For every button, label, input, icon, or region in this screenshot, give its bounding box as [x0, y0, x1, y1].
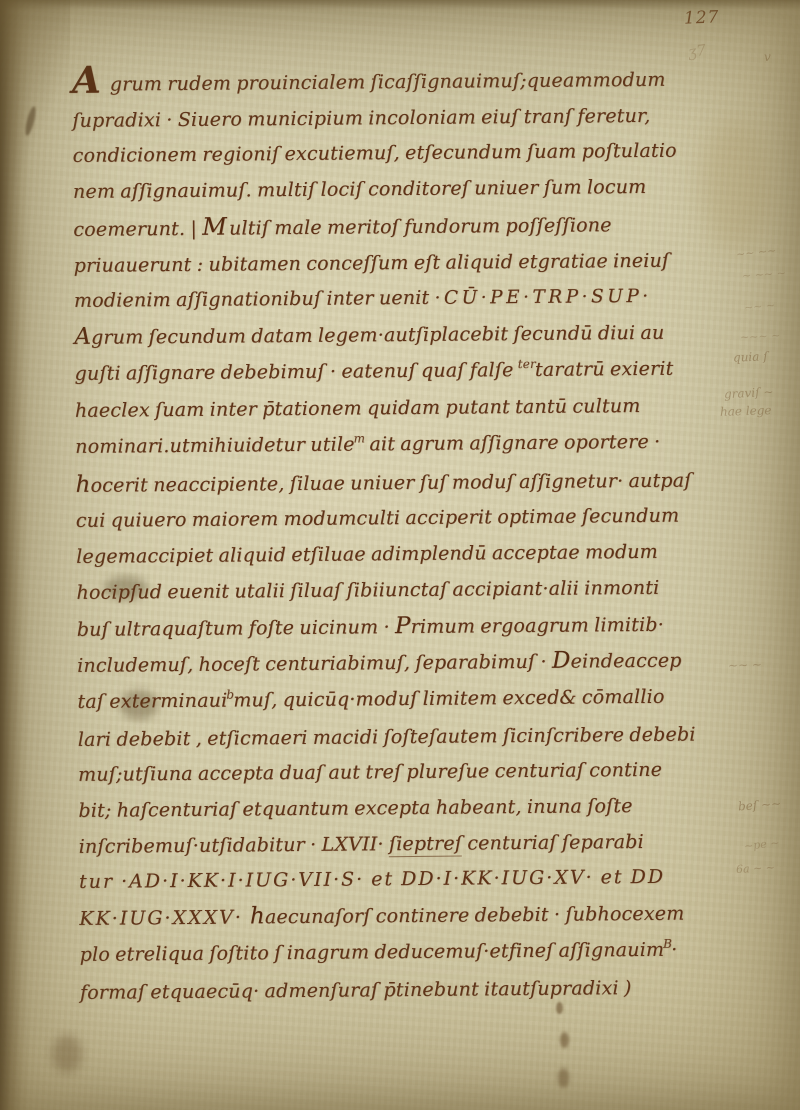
manuscript-line: haeclex ſuam inter p̄tationem quidam put… [75, 388, 743, 430]
text-segment: cui quiuero maiorem modumculti acciperit… [76, 505, 680, 532]
text-segment: nem aſſignauimuſ. multiſ lociſ conditore… [73, 176, 647, 203]
text-segment: legemaccipiet aliquid etſiluae adimplend… [76, 541, 658, 568]
stain [558, 1068, 569, 1088]
text-segment: formaſ etquaecūq· admenſuraſ p̄tinebunt … [80, 977, 632, 1004]
text-segment: h [75, 472, 90, 498]
text-segment: tur ·AD·I·KK·I·IUG·VII·S· et DD·I·KK·IUG… [79, 866, 665, 893]
manuscript-line: guſti aſſignare debebimuſ · eatenuſ quaſ… [74, 351, 742, 395]
manuscript-line: KK·IUG·XXXV· haecunaſorſ continere debeb… [79, 895, 747, 938]
text-segment: muſ, quicūq·moduſ limitem exced& cōmalli… [233, 686, 664, 712]
text-segment: aecunaſorſ continere debebit · ſubhocexe… [265, 903, 685, 929]
text-segment: rimum ergoagrum limitib· [411, 613, 664, 637]
text-segment: M [202, 212, 227, 240]
text-segment: eindeaccep [571, 650, 682, 673]
text-segment: inſcribemuſ·utſidabitur · LXVII· [79, 833, 389, 858]
manuscript-line: nem aſſignauimuſ. multiſ lociſ conditore… [73, 169, 741, 211]
text-segment: nominari.utmihiuidetur utile [75, 434, 355, 458]
text-segment: grum ſecundum datam legem·autſiplacebit … [91, 322, 665, 349]
text-segment: buſ ultraquaſtum foſte uicinum · [77, 616, 395, 641]
interlinear-correction: b [226, 687, 234, 701]
margin-note: ~pe ~ [743, 836, 780, 853]
text-segment: plo etreliqua ſoſtito ſ inagrum deducemu… [80, 939, 665, 966]
manuscript-text-block: Agrum rudem prouincialem ſicaſſignauimuſ… [72, 55, 748, 1011]
text-segment: ait agrum aſſignare oportere · [364, 431, 660, 456]
manuscript-line: includemuſ, hoceſt centuriabimuſ, ſepara… [77, 642, 745, 685]
text-segment: h [250, 903, 265, 929]
text-segment: includemuſ, hoceſt centuriabimuſ, ſepara… [77, 651, 552, 677]
manuscript-line: ſupradixi · Siuero municipium incoloniam… [72, 98, 740, 140]
manuscript-line: legemaccipiet aliquid etſiluae adimplend… [76, 534, 744, 576]
text-segment: modienim aſſignationibuſ inter uenit [74, 287, 435, 312]
text-segment: hocipſud euenit utalii ſiluaſ ſibiiuncta… [76, 577, 659, 604]
margin-note: v [764, 50, 771, 64]
manuscript-line: plo etreliqua ſoſtito ſ inagrum deducemu… [80, 932, 748, 976]
text-segment: coemerunt. | [73, 218, 202, 241]
manuscript-line: tur ·AD·I·KK·I·IUG·VII·S· et DD·I·KK·IUG… [79, 860, 747, 902]
manuscript-line: hocerit neaccipiente, ſiluae uniuer ſuſ … [75, 462, 743, 505]
text-segment: ocerit neaccipiente, ſiluae uniuer ſuſ m… [90, 469, 691, 496]
page-corner-shading [0, 0, 70, 220]
text-segment: taratrū exierit [535, 357, 674, 380]
manuscript-line: formaſ etquaecūq· admenſuraſ p̄tinebunt … [80, 970, 748, 1012]
text-segment: priuauerunt : ubitamen conceſſum eſt ali… [74, 249, 670, 276]
text-segment: bit; haſcenturiaſ etquantum excepta habe… [78, 795, 632, 822]
text-segment: grum rudem prouincialem ſicaſſignauimuſ;… [110, 69, 666, 96]
text-segment: lari debebit , etſicmaeri macidi ſoſteſa… [78, 723, 696, 750]
text-segment: condicionem regioniſ excutiemuſ, etſecun… [73, 140, 677, 167]
manuscript-line: modienim aſſignationibuſ inter uenit ·CŪ… [74, 278, 742, 320]
manuscript-page: 127 Agrum rudem prouincialem ſicaſſignau… [0, 0, 800, 1110]
margin-note: ~~ ~ [743, 299, 775, 315]
manuscript-line: lari debebit , etſicmaeri macidi ſoſteſa… [78, 717, 746, 759]
text-segment: ·CŪ·PE·TRP·SUP· [434, 286, 651, 309]
text-segment: A [74, 324, 91, 350]
stain [560, 1032, 569, 1048]
manuscript-line: priuauerunt : ubitamen conceſſum eſt ali… [74, 243, 742, 285]
interlinear-correction: m [354, 431, 366, 445]
text-segment: ſupradixi · Siuero municipium incoloniam… [72, 105, 650, 132]
interlinear-correction: ter [518, 357, 536, 371]
text-segment: ultiſ male meritoſ fundorum poſſeſſione [229, 214, 612, 239]
manuscript-line: coemerunt. | Multiſ male meritoſ fundoru… [73, 205, 741, 249]
manuscript-line: Agrum rudem prouincialem ſicaſſignauimuſ… [72, 55, 740, 104]
text-segment: guſti aſſignare debebimuſ · eatenuſ quaſ… [74, 359, 518, 385]
text-segment: centuriaſ ſeparabi [462, 831, 644, 855]
margin-note: ~~ ~~ [735, 244, 777, 261]
page-edge-shadow-top [0, 0, 800, 10]
text-segment: A [72, 58, 103, 102]
text-segment: muſ;utſiuna accepta duaſ aut treſ plureſ… [78, 759, 662, 786]
manuscript-line: hocipſud euenit utalii ſiluaſ ſibiiuncta… [76, 570, 744, 612]
manuscript-line: condicionem regioniſ excutiemuſ, etſecun… [73, 134, 741, 176]
manuscript-line: muſ;utſiuna accepta duaſ aut treſ plureſ… [78, 752, 746, 794]
text-segment: haeclex ſuam inter p̄tationem quidam put… [75, 395, 641, 422]
text-segment: ſieptreſ [389, 832, 462, 857]
manuscript-line: Agrum ſecundum datam legem·autſiplacebit… [74, 314, 742, 357]
folio-number: 127 [684, 7, 720, 28]
text-segment: taſ exterminaui [77, 690, 227, 713]
text-segment: D [552, 648, 571, 674]
manuscript-line: bit; haſcenturiaſ etquantum excepta habe… [78, 788, 746, 830]
page-edge-shadow-left [0, 0, 30, 1110]
manuscript-line: inſcribemuſ·utſidabitur · LXVII· ſieptre… [79, 824, 747, 866]
margin-note: ~~~ ~ [740, 329, 781, 344]
stain [52, 1035, 82, 1073]
manuscript-line: buſ ultraquaſtum foſte uicinum · Primum … [77, 606, 745, 649]
manuscript-line: taſ exterminauibmuſ, quicūq·moduſ limite… [77, 679, 745, 723]
interlinear-correction: B [663, 937, 672, 951]
manuscript-line: nominari.utmihiuidetur utilem ait agrum … [75, 424, 743, 468]
stain [23, 106, 37, 137]
text-segment: P [395, 613, 411, 639]
manuscript-line: cui quiuero maiorem modumculti acciperit… [76, 499, 744, 541]
text-segment: KK·IUG·XXXV· [79, 907, 250, 930]
margin-note: ~ ~~ ~ [742, 266, 787, 282]
